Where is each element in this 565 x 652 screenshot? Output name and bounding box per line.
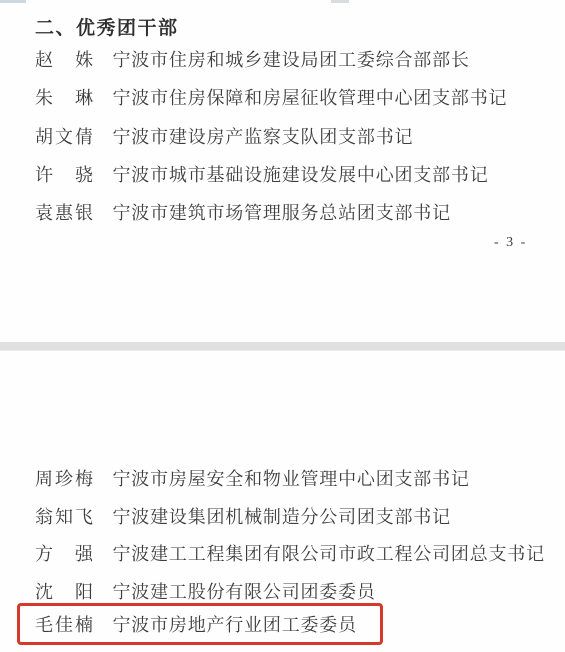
scan-artifact [0,0,26,3]
entry-title: 宁波建设集团机械制造分公司团支部书记 [113,507,451,527]
entry-name: 沈阳 [35,582,93,602]
entry-title: 宁波市城市基础设施建设发展中心团支部书记 [113,165,489,185]
entry-title: 宁波市建设房产监察支队团支部书记 [113,127,414,147]
award-entry: 袁惠银 宁波市建筑市场管理服务总站团支部书记 [35,203,451,223]
entry-name: 许骁 [35,165,93,185]
entry-name: 赵姝 [35,50,93,70]
document-viewer: 二、优秀团干部 赵姝 宁波市住房和城乡建设局团工委综合部部长 朱琳 宁波市住房保… [0,0,565,652]
entry-title: 宁波市建筑市场管理服务总站团支部书记 [113,203,451,223]
award-entry: 赵姝 宁波市住房和城乡建设局团工委综合部部长 [35,50,470,70]
award-entry: 方强 宁波建工工程集团有限公司市政工程公司团总支书记 [35,544,545,564]
entry-name: 朱琳 [35,88,93,108]
page-number: - 3 - [494,235,527,251]
award-entry: 沈阳 宁波建工股份有限公司团委委员 [35,582,376,602]
award-entry: 许骁 宁波市城市基础设施建设发展中心团支部书记 [35,165,489,185]
document-page-3: 二、优秀团干部 赵姝 宁波市住房和城乡建设局团工委综合部部长 朱琳 宁波市住房保… [0,0,565,342]
entry-name: 袁惠银 [35,203,93,223]
entry-name: 方强 [35,544,93,564]
page-divider [0,342,565,351]
entry-title: 宁波市住房保障和房屋征收管理中心团支部书记 [113,88,508,108]
entry-title: 宁波市房屋安全和物业管理中心团支部书记 [113,469,470,489]
entry-name: 周珍梅 [35,469,93,489]
award-entry-highlighted: 毛佳楠 宁波市房地产行业团工委委员 [35,615,357,635]
document-page-4: 周珍梅 宁波市房屋安全和物业管理中心团支部书记 翁知飞 宁波建设集团机械制造分公… [0,351,565,652]
entry-title: 宁波建工工程集团有限公司市政工程公司团总支书记 [113,544,545,564]
entry-title: 宁波市住房和城乡建设局团工委综合部部长 [113,50,470,70]
entry-name: 胡文倩 [35,127,93,147]
award-entry: 朱琳 宁波市住房保障和房屋征收管理中心团支部书记 [35,88,507,108]
highlight-box: 毛佳楠 宁波市房地产行业团工委委员 [17,603,383,645]
scan-artifact [331,0,349,3]
award-entry: 翁知飞 宁波建设集团机械制造分公司团支部书记 [35,507,451,527]
entry-title: 宁波市房地产行业团工委委员 [113,615,357,635]
entry-name: 翁知飞 [35,507,93,527]
award-entry: 胡文倩 宁波市建设房产监察支队团支部书记 [35,127,413,147]
section-heading: 二、优秀团干部 [35,13,179,40]
entry-title: 宁波建工股份有限公司团委委员 [113,582,376,602]
entry-name: 毛佳楠 [35,615,93,635]
award-entry: 周珍梅 宁波市房屋安全和物业管理中心团支部书记 [35,469,470,489]
